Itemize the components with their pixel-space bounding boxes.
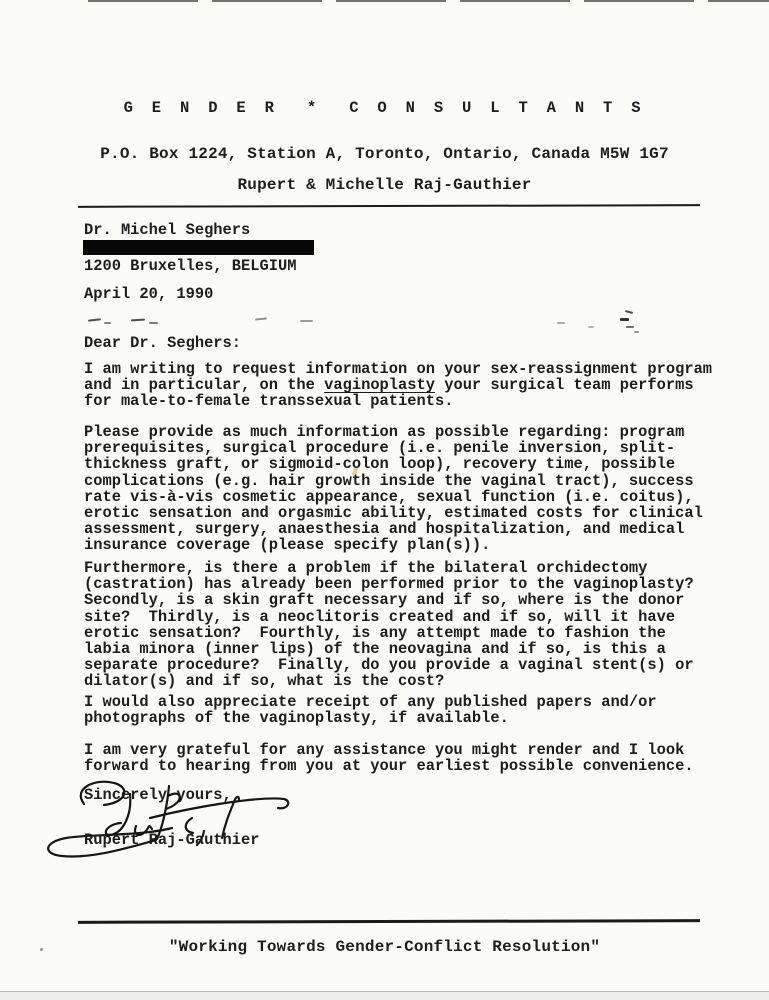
handwritten-signature	[38, 774, 318, 866]
paragraph-2: Please provide as much information as po…	[84, 424, 703, 554]
recipient-city: 1200 Bruxelles, BELGIUM	[84, 258, 296, 274]
scan-smudge	[149, 322, 158, 324]
salutation: Dear Dr. Seghers:	[84, 335, 241, 351]
scan-smudge	[300, 320, 313, 322]
scan-smudge	[557, 322, 565, 324]
scan-smudge	[620, 318, 629, 321]
scan-bottom-edge-artifact	[0, 991, 769, 1000]
paragraph-4: I would also appreciate receipt of any p…	[84, 694, 657, 726]
scanned-letter-page: G E N D E R * C O N S U L T A N T S P.O.…	[0, 0, 769, 1000]
scan-smudge	[634, 331, 639, 333]
org-name: G E N D E R * C O N S U L T A N T S	[0, 99, 769, 117]
letter-date: April 20, 1990	[84, 286, 213, 302]
paragraph-3: Furthermore, is there a problem if the b…	[84, 560, 694, 690]
letterhead-divider	[78, 204, 700, 208]
paragraph-1: I am writing to request information on y…	[84, 361, 712, 410]
scan-smudge	[588, 326, 594, 328]
scan-smudge	[131, 319, 145, 322]
signer-name: Rupert Raj-Gauthier	[84, 832, 259, 848]
paragraph-5: I am very grateful for any assistance yo…	[84, 742, 694, 774]
org-address: P.O. Box 1224, Station A, Toronto, Ontar…	[0, 145, 769, 163]
scan-smudge	[88, 318, 101, 322]
scan-smudge	[255, 317, 267, 320]
scan-smudge	[626, 326, 634, 328]
footer-divider	[78, 919, 700, 924]
redaction-bar	[83, 240, 314, 255]
scan-top-edge-artifact	[88, 0, 769, 2]
org-principals: Rupert & Michelle Raj-Gauthier	[0, 176, 769, 194]
scan-smudge	[625, 310, 633, 314]
footer-slogan: "Working Towards Gender-Conflict Resolut…	[0, 938, 769, 956]
scan-smudge	[104, 322, 111, 324]
recipient-name: Dr. Michel Seghers	[84, 222, 250, 238]
